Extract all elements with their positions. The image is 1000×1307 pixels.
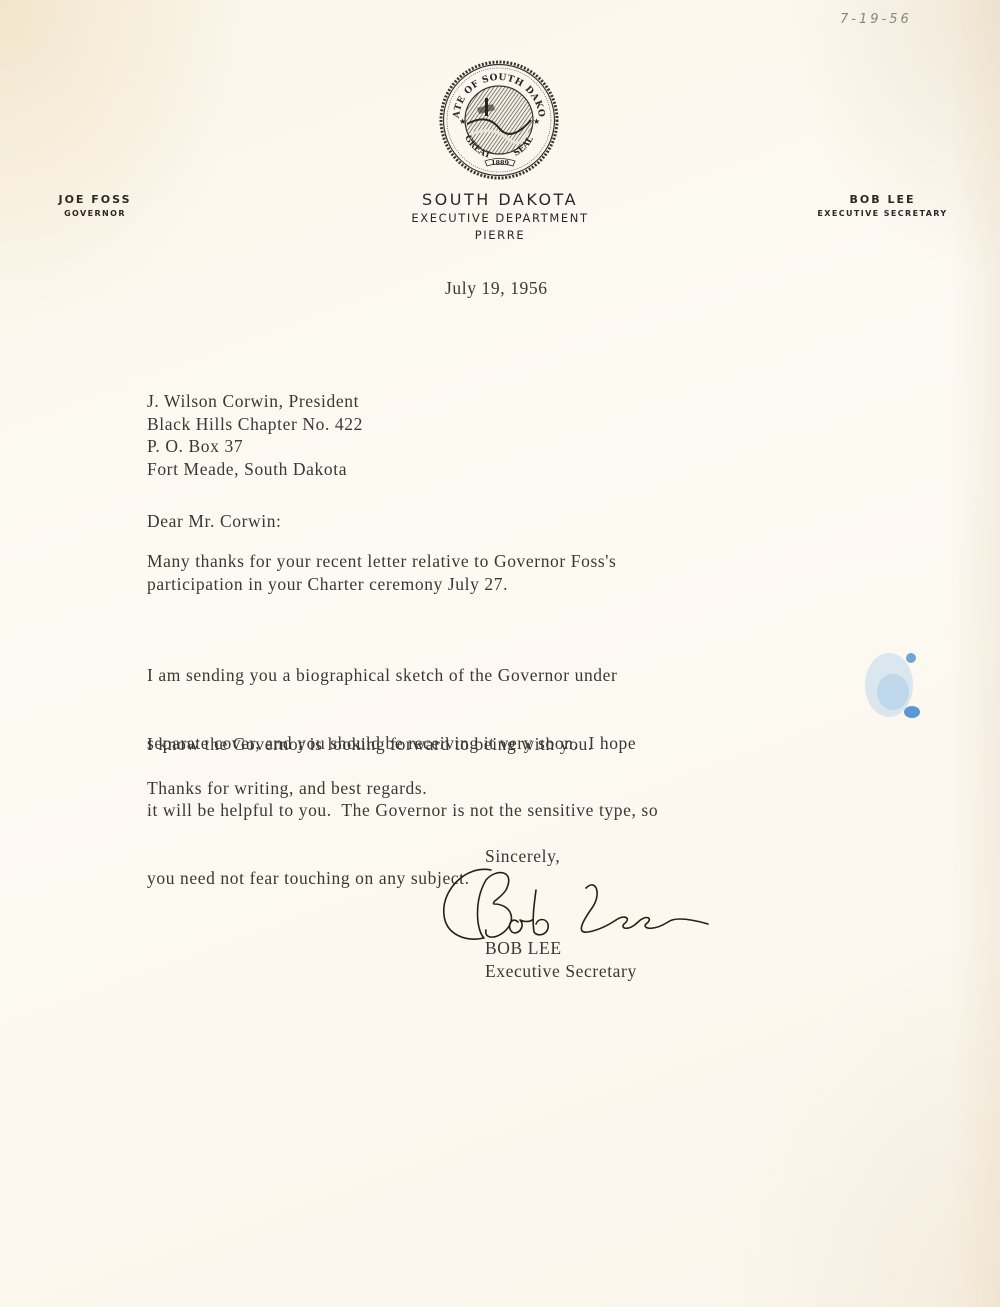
governor-name: JOE FOSS [40, 193, 150, 206]
body-line: Thanks for writing, and best regards. [147, 777, 427, 800]
body-paragraph: Thanks for writing, and best regards. [147, 777, 427, 800]
letterhead-center-block: SOUTH DAKOTA EXECUTIVE DEPARTMENT PIERRE [370, 190, 630, 242]
recipient-address: J. Wilson Corwin, President Black Hills … [147, 390, 363, 480]
body-line: I know the Governor is looking forward t… [147, 733, 593, 756]
letterhead-state: SOUTH DAKOTA [370, 190, 630, 209]
letterhead-secretary-block: BOB LEE EXECUTIVE SECRETARY [800, 193, 965, 218]
address-line: P. O. Box 37 [147, 435, 363, 458]
handwritten-date-note: 7-19-56 [840, 12, 912, 27]
secretary-title: EXECUTIVE SECRETARY [800, 209, 965, 218]
seal-year: 1889 [491, 159, 510, 167]
governor-title: GOVERNOR [40, 209, 150, 218]
body-line: it will be helpful to you. The Governor … [147, 799, 658, 822]
body-line: participation in your Charter ceremony J… [147, 573, 616, 596]
letterhead-department: EXECUTIVE DEPARTMENT [370, 211, 630, 225]
address-line: J. Wilson Corwin, President [147, 390, 363, 413]
address-line: Fort Meade, South Dakota [147, 458, 363, 481]
signer-title: Executive Secretary [485, 960, 637, 983]
letter-date: July 19, 1956 [445, 277, 548, 300]
body-line: Many thanks for your recent letter relat… [147, 550, 616, 573]
letterhead-city: PIERRE [370, 228, 630, 242]
signer-name: BOB LEE [485, 937, 562, 960]
secretary-name: BOB LEE [800, 193, 965, 206]
address-line: Black Hills Chapter No. 422 [147, 413, 363, 436]
body-paragraph: I know the Governor is looking forward t… [147, 733, 593, 756]
salutation: Dear Mr. Corwin: [147, 510, 282, 533]
svg-text:★: ★ [459, 117, 466, 126]
svg-text:★: ★ [533, 117, 540, 126]
body-line: I am sending you a biographical sketch o… [147, 664, 658, 687]
body-paragraph: Many thanks for your recent letter relat… [147, 550, 616, 595]
letterhead-governor-block: JOE FOSS GOVERNOR [40, 193, 150, 218]
ink-blot-stain [855, 630, 935, 730]
handwritten-signature [436, 860, 726, 950]
state-seal-icon: STATE OF SOUTH DAKOTA GREAT SEAL ★ ★ 188… [437, 58, 561, 182]
